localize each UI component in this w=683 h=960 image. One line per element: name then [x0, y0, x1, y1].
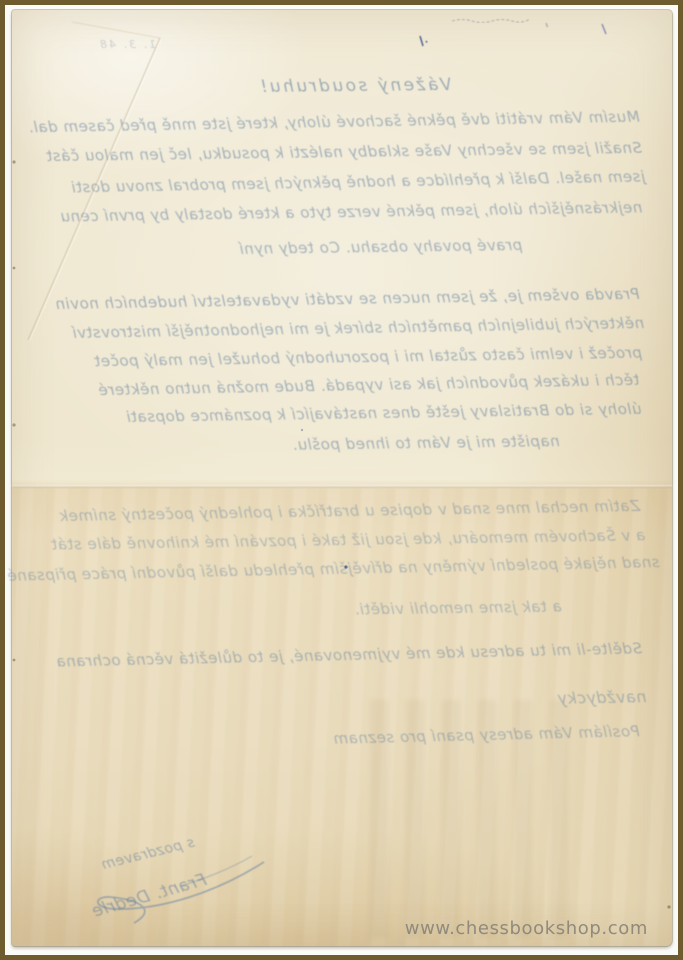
letter-photo: 1. 3. 48 Vážený soudruhu!Musím Vám vráti… — [0, 0, 683, 960]
handwriting-line: Snažil jsem se všechny Vaše skladby nalé… — [46, 139, 642, 165]
handwriting-line: těch i ukázek původních jak asi vypadá. … — [98, 371, 640, 399]
aging-streaks-center — [370, 700, 585, 938]
handwriting-line: pročež i velmi často zůstal mi i pozoruh… — [94, 344, 642, 371]
handwriting-line: nejkrásnějších úloh, jsem pěkné verze ty… — [60, 198, 643, 225]
ink-speck — [420, 23, 606, 46]
handwriting-line: úlohy si do Bratislavy ještě dnes nastáv… — [126, 400, 642, 426]
handwriting-line: pravé povahy obsahu. Co tedy nyní — [239, 236, 522, 258]
date-mark: 1. 3. 48 — [98, 38, 156, 51]
corner-crease — [28, 22, 162, 341]
watermark-text: www.chessbookshop.com — [405, 918, 648, 939]
handwriting-line: některých jubilejních pamětních sbírek j… — [72, 314, 644, 342]
letter-paper: 1. 3. 48 Vážený soudruhu!Musím Vám vráti… — [12, 10, 672, 946]
handwriting-line: Pravda ovšem je, že jsem nucen se vzdáti… — [55, 285, 640, 313]
fold-crease — [12, 485, 672, 488]
handwriting-line: Vážený soudruhu! — [258, 75, 452, 97]
handwriting-line: Musím Vám vrátiti dvě pěkné šachové úloh… — [28, 108, 640, 137]
handwriting-line: napište mi je Vám to ihned pošlu. — [292, 432, 560, 454]
handwriting-line: jsem našel. Další k přehlídce a hodně pě… — [71, 167, 645, 196]
top-edge-scribble — [452, 19, 530, 23]
